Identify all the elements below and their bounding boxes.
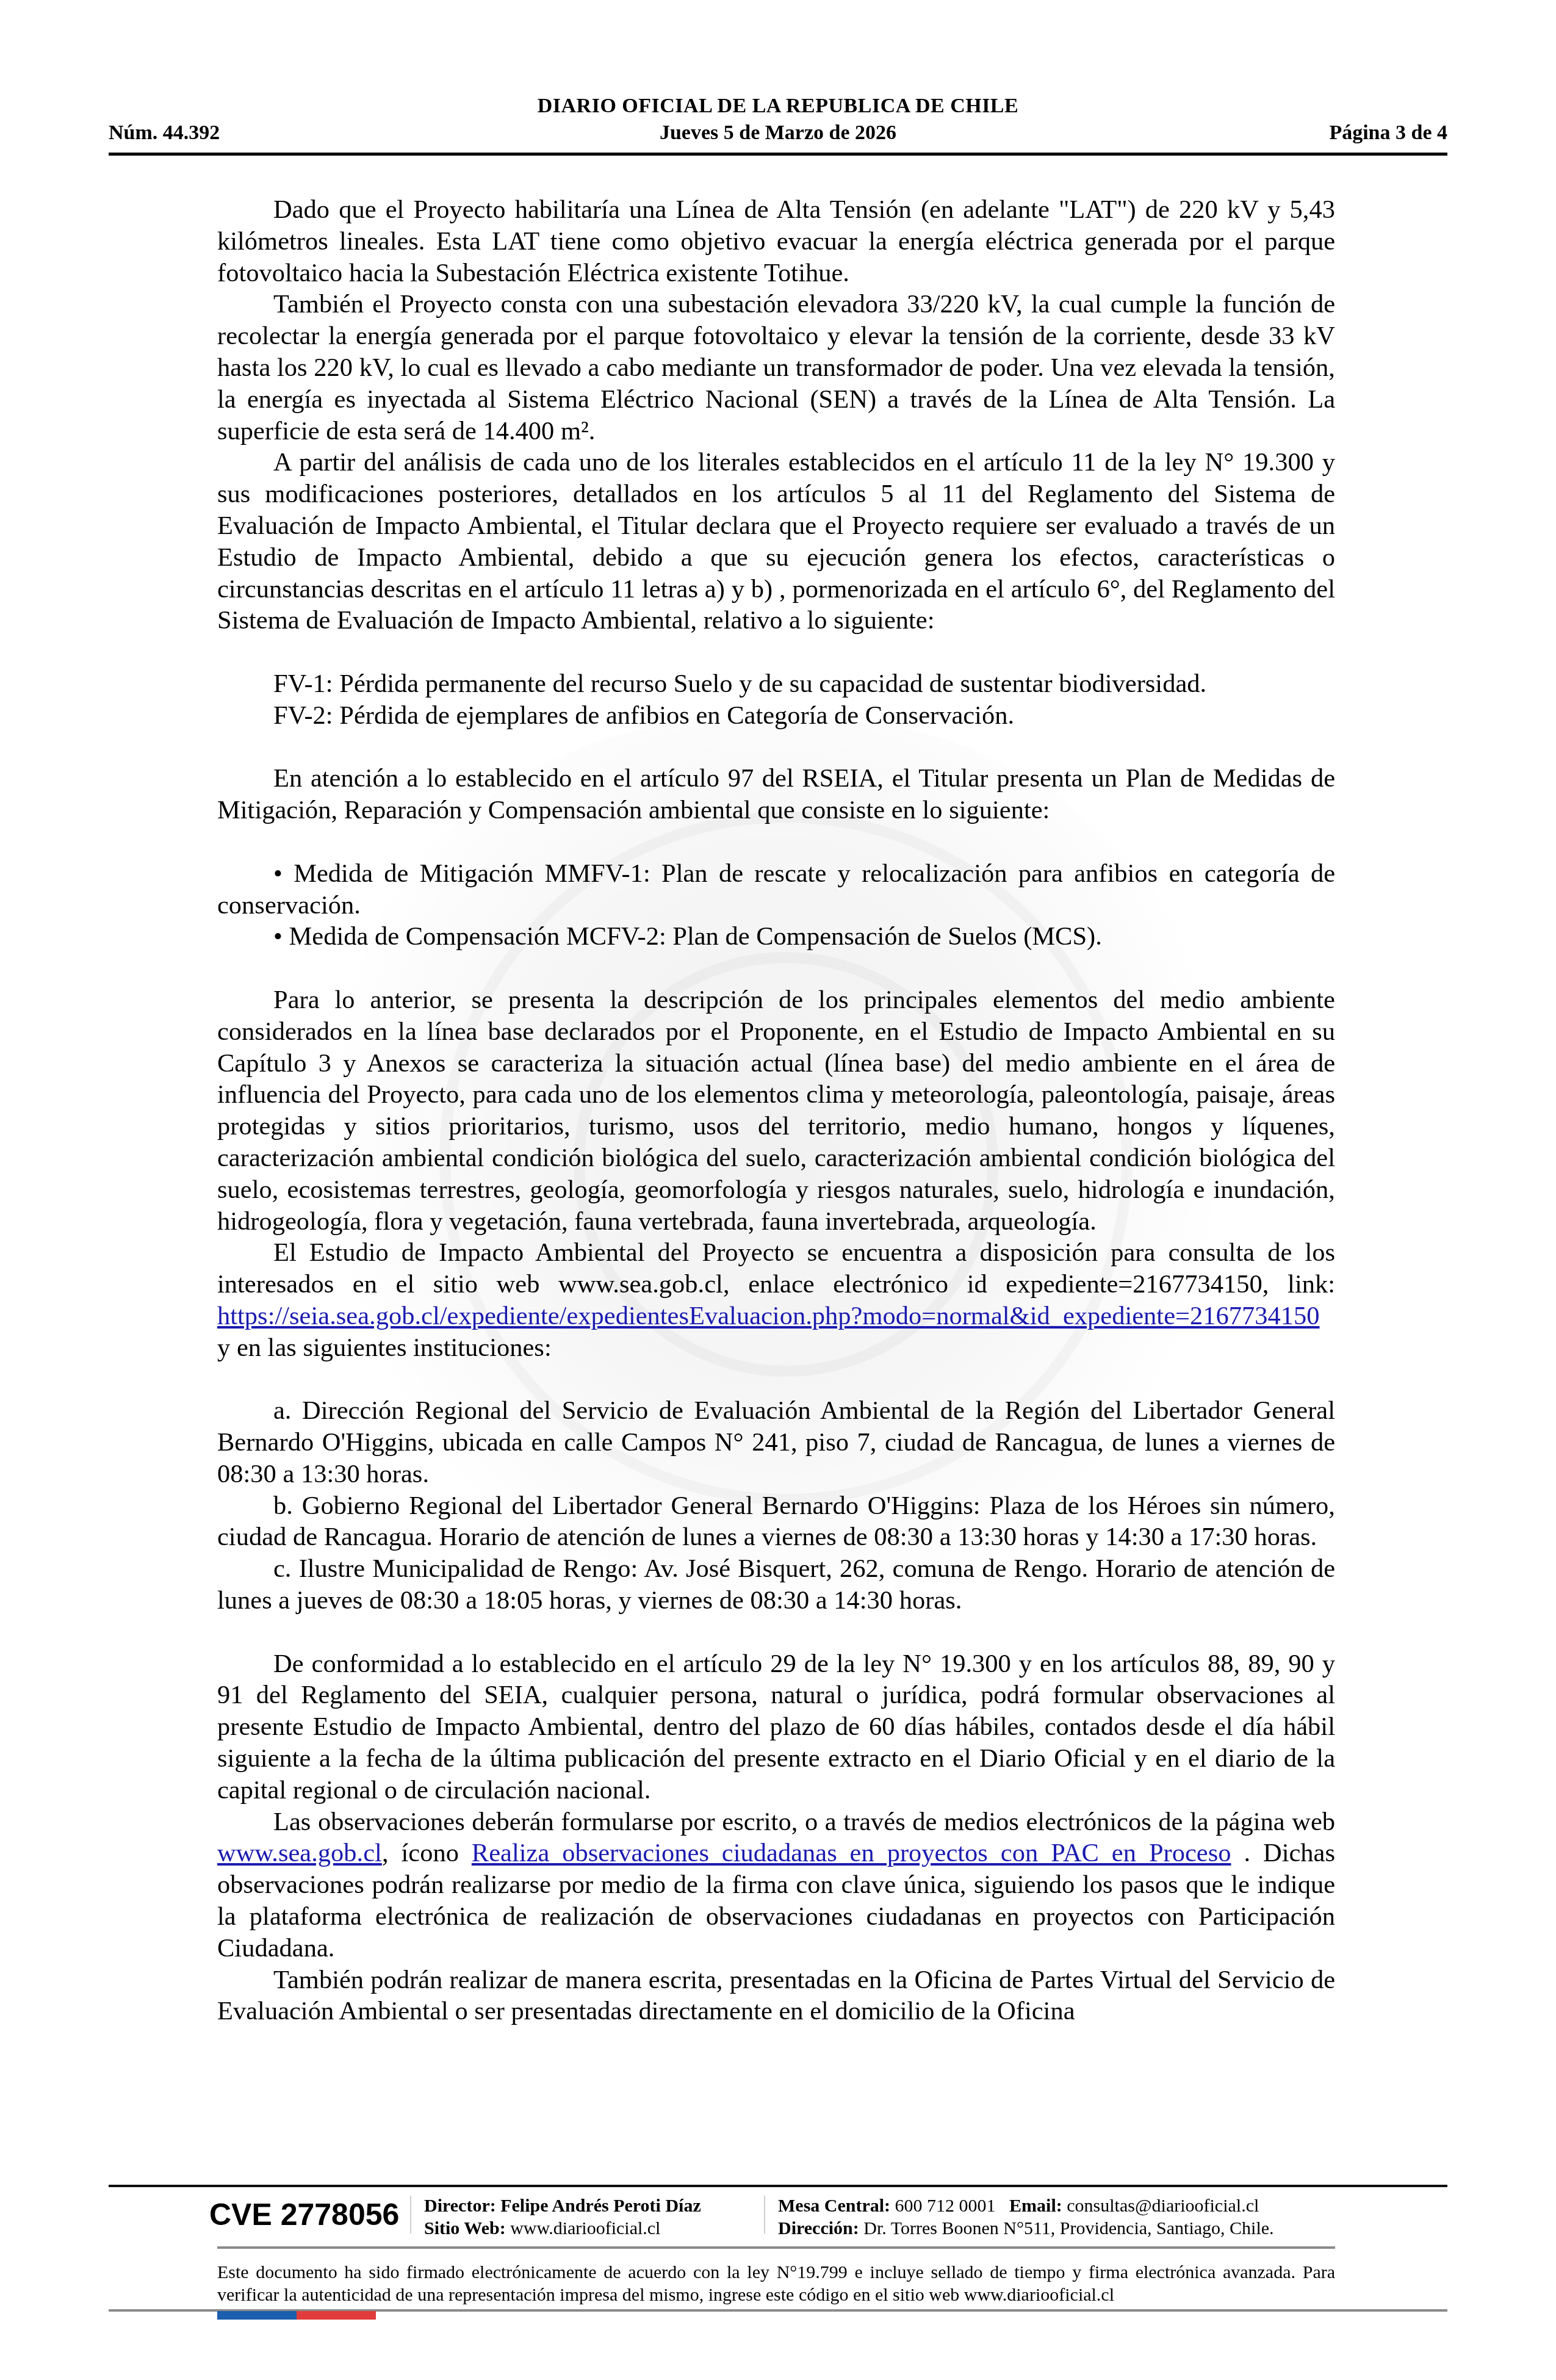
institution-item: a. Dirección Regional del Servicio de Ev… (217, 1395, 1335, 1490)
footer-divider (217, 2246, 1335, 2249)
director-name: Felipe Andrés Peroti Díaz (500, 2196, 701, 2216)
spacer (217, 826, 1335, 858)
paragraph: También el Proyecto consta con una subes… (217, 289, 1335, 447)
text: , ícono (382, 1839, 472, 1867)
effect-item: FV-2: Pérdida de ejemplares de anfibios … (217, 700, 1335, 732)
issue-date: Jueves 5 de Marzo de 2026 (109, 121, 1447, 145)
flag-stripe-red (297, 2311, 376, 2320)
paragraph: Dado que el Proyecto habilitaría una Lín… (217, 194, 1335, 289)
email-value: consultas@diariooficial.cl (1067, 2196, 1259, 2216)
sea-website-link[interactable]: www.sea.gob.cl (217, 1839, 382, 1867)
contact-line: Mesa Central: 600 712 0001 Email: consul… (778, 2194, 1274, 2217)
footer-contact-block: Mesa Central: 600 712 0001 Email: consul… (778, 2194, 1274, 2240)
paragraph: En atención a lo establecido en el artíc… (217, 763, 1335, 826)
spacer (217, 953, 1335, 984)
phone-label: Mesa Central: (778, 2196, 890, 2216)
flag-stripe-blue (217, 2311, 297, 2320)
address-value: Dr. Torres Boonen N°511, Providencia, Sa… (863, 2218, 1273, 2238)
text: y en las siguientes instituciones: (217, 1333, 552, 1362)
spacer (217, 1617, 1335, 1648)
website-label: Sitio Web: (424, 2218, 506, 2238)
footer-divider (109, 2185, 1447, 2187)
seia-expediente-link[interactable]: https://seia.sea.gob.cl/expediente/exped… (217, 1302, 1319, 1330)
address-label: Dirección: (778, 2218, 859, 2238)
address-line: Dirección: Dr. Torres Boonen N°511, Prov… (778, 2217, 1274, 2240)
institution-item: c. Ilustre Municipalidad de Rengo: Av. J… (217, 1553, 1335, 1617)
header-divider (109, 153, 1447, 156)
measure-item: • Medida de Compensación MCFV-2: Plan de… (217, 921, 1335, 953)
email-label: Email: (1009, 2196, 1062, 2216)
paragraph: También podrán realizar de manera escrit… (217, 1964, 1335, 2028)
paragraph-with-link: El Estudio de Impacto Ambiental del Proy… (217, 1237, 1335, 1363)
document-body: Dado que el Proyecto habilitaría una Lín… (217, 194, 1335, 2027)
spacer (217, 1363, 1335, 1395)
paragraph-with-links: Las observaciones deberán formularse por… (217, 1806, 1335, 1964)
text: El Estudio de Impacto Ambiental del Proy… (217, 1238, 1335, 1299)
director-line: Director: Felipe Andrés Peroti Díaz (424, 2194, 701, 2217)
website-value: www.diariooficial.cl (510, 2218, 660, 2238)
measure-item: • Medida de Mitigación MMFV-1: Plan de r… (217, 858, 1335, 921)
footer-separator (764, 2196, 765, 2234)
paragraph: De conformidad a lo establecido en el ar… (217, 1648, 1335, 1806)
pac-observations-link[interactable]: Realiza observaciones ciudadanas en proy… (472, 1839, 1231, 1867)
footer-director-block: Director: Felipe Andrés Peroti Díaz Siti… (424, 2194, 701, 2240)
institution-item: b. Gobierno Regional del Libertador Gene… (217, 1490, 1335, 1554)
text: Las observaciones deberán formularse por… (273, 1808, 1335, 1836)
spacer (217, 732, 1335, 763)
page-header: DIARIO OFICIAL DE LA REPUBLICA DE CHILE … (109, 95, 1447, 156)
effect-item: FV-1: Pérdida permanente del recurso Sue… (217, 668, 1335, 700)
cve-code: CVE 2778056 (209, 2197, 399, 2232)
paragraph: Para lo anterior, se presenta la descrip… (217, 984, 1335, 1237)
spacer (217, 636, 1335, 668)
footer-separator (410, 2196, 411, 2234)
signature-disclaimer: Este documento ha sido firmado electróni… (217, 2261, 1335, 2306)
website-line: Sitio Web: www.diariooficial.cl (424, 2217, 701, 2240)
page-indicator: Página 3 de 4 (1329, 121, 1447, 145)
newspaper-title: DIARIO OFICIAL DE LA REPUBLICA DE CHILE (109, 95, 1447, 118)
phone-value: 600 712 0001 (895, 2196, 996, 2216)
paragraph: A partir del análisis de cada uno de los… (217, 447, 1335, 636)
director-label: Director: (424, 2196, 496, 2216)
